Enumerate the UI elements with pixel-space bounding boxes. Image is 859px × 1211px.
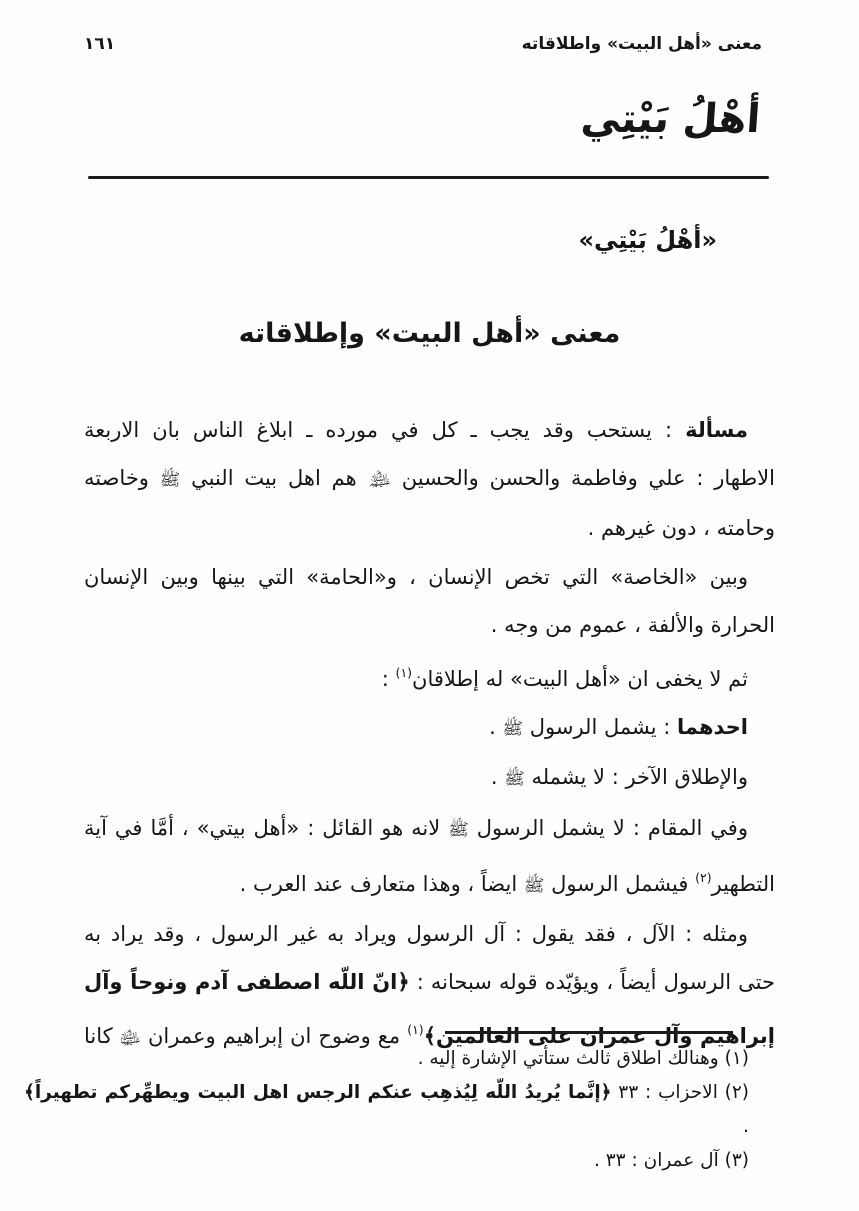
title-divider-rule xyxy=(88,176,769,179)
body-line: مسألة : يستحب وقد يجب ـ كل في مورده ـ اب… xyxy=(84,406,775,454)
footnotes: (١) وهنالك اطلاق ثالث ستأتي الإشارة إليه… xyxy=(24,1042,749,1178)
text-segment: الحرارة والألفة ، عموم من وجه . xyxy=(491,613,775,637)
honorific-seal: ﵈ xyxy=(367,470,391,490)
text-segment: فيشمل الرسول xyxy=(544,872,695,896)
text-segment: حتى الرسول أيضاً ، ويؤيّده قوله سبحانه : xyxy=(410,970,775,994)
text-segment: ﴿إنَّما يُريدُ اللّه لِيُذهِب عنكم الرجس… xyxy=(24,1082,612,1103)
body-line: وحامته ، دون غيرهم . xyxy=(84,504,775,552)
text-segment: . xyxy=(489,715,502,739)
body-line: حتى الرسول أيضاً ، ويؤيّده قوله سبحانه :… xyxy=(84,958,775,1006)
body-line: وبين «الخاصة» التي تخص الإنسان ، و«الحام… xyxy=(84,553,775,601)
body-text: مسألة : يستحب وقد يجب ـ كل في مورده ـ اب… xyxy=(84,406,775,1063)
honorific-seal: ﷺ xyxy=(160,470,181,490)
text-segment: وبين «الخاصة» التي تخص الإنسان ، و«الحام… xyxy=(84,565,748,589)
honorific-seal: ﷺ xyxy=(504,769,525,789)
text-segment: لانه هو القائل : «أهل بيتي» ، أمَّا في آ… xyxy=(84,816,448,840)
running-header-title: معنى «أهل البيت» واطلاقاته xyxy=(522,34,762,54)
text-segment: ومثله : الآل ، فقد يقول : آل الرسول ويرا… xyxy=(84,922,748,946)
running-header: معنى «أهل البيت» واطلاقاته ١٦١ xyxy=(84,34,762,54)
text-segment: احدهما xyxy=(677,715,748,739)
text-segment: ﴿انّ اللّه اصطفى آدم ونوحاً وآل xyxy=(84,970,410,994)
text-segment: مسألة xyxy=(685,418,748,442)
text-segment: وفي المقام : لا يشمل الرسول xyxy=(469,816,748,840)
honorific-seal: ﷺ xyxy=(503,719,524,739)
text-segment: وحامته ، دون غيرهم . xyxy=(588,516,775,540)
text-segment: (١) وهنالك اطلاق ثالث ستأتي الإشارة إليه… xyxy=(418,1048,749,1069)
honorific-seal: ﷺ xyxy=(448,820,469,840)
footnote-separator-rule xyxy=(445,1031,733,1034)
text-segment: (١) xyxy=(396,665,413,680)
chapter-title-calligraphy: أهْلُ بَيْتِي xyxy=(579,96,761,142)
body-line: الاطهار : علي وفاطمة والحسن والحسين ﵈ هم… xyxy=(84,454,775,504)
text-segment: والإطلاق الآخر : لا يشمله xyxy=(525,765,748,789)
footnote-line: (٣) آل عمران : ٣٣ . xyxy=(24,1144,749,1178)
text-segment: ثم لا يخفى ان «أهل البيت» له إطلاقان xyxy=(412,667,748,691)
text-segment: (٣) آل عمران : ٣٣ . xyxy=(594,1150,749,1171)
body-line: ثم لا يخفى ان «أهل البيت» له إطلاقان(١) … xyxy=(84,649,775,703)
chapter-subtitle: «أهْلُ بَيْتِي» xyxy=(578,226,717,254)
book-page: معنى «أهل البيت» واطلاقاته ١٦١ أهْلُ بَي… xyxy=(0,0,859,1211)
page-number: ١٦١ xyxy=(84,34,115,54)
footnote-line: (٢) الاحزاب : ٣٣ ﴿إنَّما يُريدُ اللّه لِ… xyxy=(24,1076,749,1144)
body-line: احدهما : يشمل الرسول ﷺ . xyxy=(84,703,775,753)
text-segment: : xyxy=(382,667,396,691)
section-heading: معنى «أهل البيت» وإطلاقاته xyxy=(0,318,859,349)
text-segment: : يستحب وقد يجب ـ كل في مورده ـ ابلاغ ال… xyxy=(84,418,685,442)
text-segment: : يشمل الرسول xyxy=(523,715,677,739)
text-segment: ايضاً ، وهذا متعارف عند العرب . xyxy=(240,872,524,896)
honorific-seal: ﷺ xyxy=(524,876,545,896)
text-segment: هم اهل بيت النبي xyxy=(180,466,367,490)
text-segment: وخاصته xyxy=(84,466,160,490)
body-line: والإطلاق الآخر : لا يشمله ﷺ . xyxy=(84,753,775,803)
body-line: التطهير(٢) فيشمل الرسول ﷺ ايضاً ، وهذا م… xyxy=(84,854,775,910)
text-segment: (٢) xyxy=(695,870,712,885)
footnote-line: (١) وهنالك اطلاق ثالث ستأتي الإشارة إليه… xyxy=(24,1042,749,1076)
text-segment: (٢) الاحزاب : ٣٣ xyxy=(612,1082,749,1103)
text-segment: الاطهار : علي وفاطمة والحسن والحسين xyxy=(391,466,775,490)
text-segment: . xyxy=(743,1116,749,1137)
text-segment: التطهير xyxy=(712,872,775,896)
text-segment: (١) xyxy=(407,1022,424,1037)
body-line: وفي المقام : لا يشمل الرسول ﷺ لانه هو ال… xyxy=(84,804,775,854)
body-line: ومثله : الآل ، فقد يقول : آل الرسول ويرا… xyxy=(84,910,775,958)
text-segment: . xyxy=(491,765,504,789)
body-line: الحرارة والألفة ، عموم من وجه . xyxy=(84,601,775,649)
